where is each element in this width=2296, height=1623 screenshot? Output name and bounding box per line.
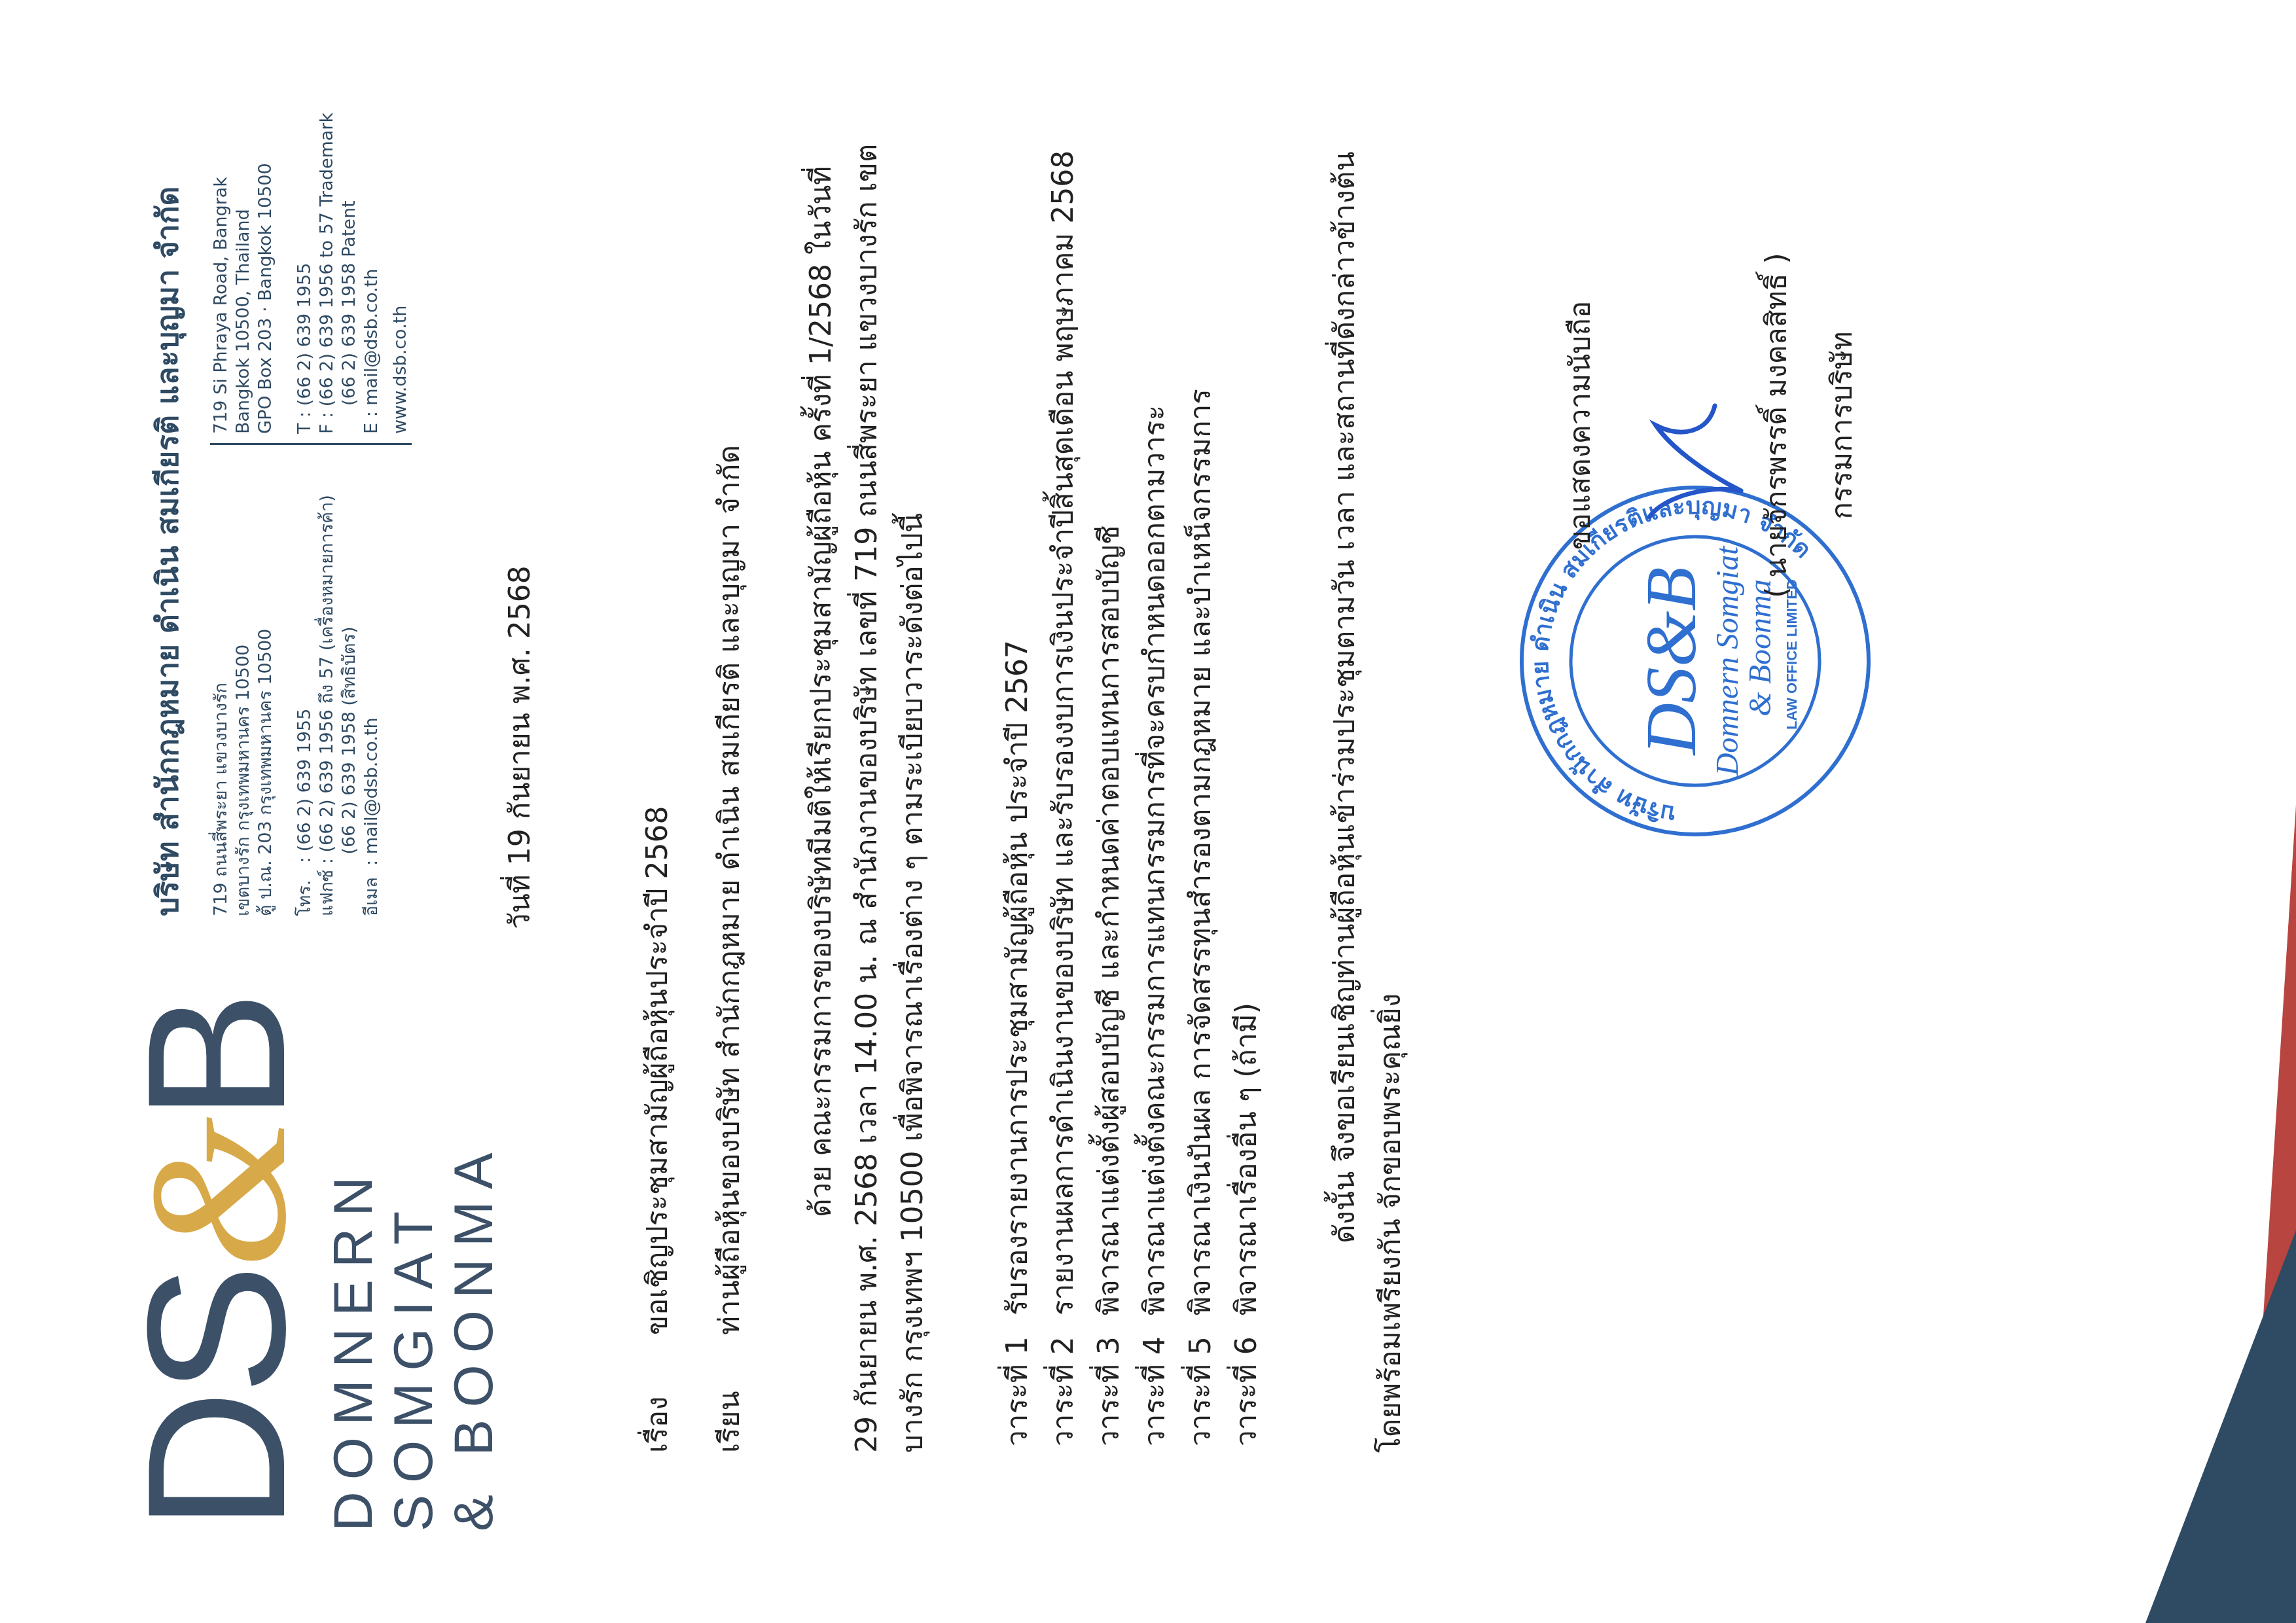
letterhead-thai-column: 719 ถนนสี่พระยา แขวงบางรัก เขตบางรัก กรุ… (210, 445, 412, 916)
agenda-list: วาระที่ 1รับรองรายงานการประชุมสามัญผู้ถื… (995, 131, 1270, 1446)
closing-paragraph: ดังนั้น จึงขอเรียนเชิญท่านผู้ถือหุ้นเข้า… (1322, 131, 1414, 1453)
signer-title: กรรมการบริษัท (1820, 131, 1865, 720)
signer-name: ( นายจักรพรรดิ์ มงคลสิทธิ์ ) (1754, 131, 1800, 720)
recipient-text: ท่านผู้ถือหุ้นของบริษัท สำนักกฎหมาย ดำเน… (707, 445, 753, 1335)
agenda-item: วาระที่ 3พิจารณาแต่งตั้งผู้สอบบัญชี และก… (1086, 131, 1132, 1446)
intro-paragraph: ด้วย คณะกรรมการของบริษัทมีมติให้เรียกประ… (798, 131, 936, 1453)
agenda-item: วาระที่ 6พิจารณาเรื่องอื่น ๆ (ถ้ามี) (1224, 131, 1270, 1446)
company-name-th: บริษัท สำนักกฎหมาย ดำเนิน สมเกียรติ และบ… (144, 52, 192, 916)
letter-body: วันที่ 19 กันยายน พ.ศ. 2568 เรื่อง ขอเชิ… (497, 131, 1414, 1453)
agenda-item: วาระที่ 2รายงานผลการดำเนินงานของบริษัท แ… (1041, 131, 1086, 1446)
handwritten-signature (1604, 131, 1754, 720)
decorative-corner-bands (2145, 0, 2296, 1623)
letterhead: บริษัท สำนักกฎหมาย ดำเนิน สมเกียรติ และบ… (144, 52, 412, 916)
letter-date: วันที่ 19 กันยายน พ.ศ. 2568 (497, 131, 543, 929)
letterhead-english-column: 719 Si Phraya Road, Bangrak Bangkok 1050… (210, 94, 412, 445)
subject-line: เรื่อง ขอเชิญประชุมสามัญผู้ถือหุ้นประจำป… (635, 131, 681, 1453)
subject-text: ขอเชิญประชุมสามัญผู้ถือหุ้นประจำปี 2568 (635, 806, 681, 1335)
agenda-item: วาระที่ 1รับรองรายงานการประชุมสามัญผู้ถื… (995, 131, 1041, 1446)
logo-wordmark: DOMNERN SOMGIAT & BOONMA (323, 1060, 503, 1531)
agenda-item: วาระที่ 4พิจารณาแต่งตั้งคณะกรรมการแทนกรร… (1132, 131, 1178, 1446)
agenda-item: วาระที่ 5พิจารณาเงินปันผล การจัดสรรทุนสำ… (1178, 131, 1224, 1446)
letter-page: DS&B DOMNERN SOMGIAT & BOONMA บริษัท สำน… (0, 0, 2296, 1623)
dsb-logo: DS&B DOMNERN SOMGIAT & BOONMA (131, 1060, 503, 1531)
recipient-line: เรียน ท่านผู้ถือหุ้นของบริษัท สำนักกฎหมา… (707, 131, 753, 1453)
sign-off: ขอแสดงความนับถือ (1558, 131, 1604, 720)
signature-block: ขอแสดงความนับถือ ( นายจักรพรรดิ์ มงคลสิท… (1558, 131, 1865, 720)
website-link: www.dsb.co.th (389, 94, 412, 434)
logo-mark: DS&B (131, 1060, 303, 1531)
